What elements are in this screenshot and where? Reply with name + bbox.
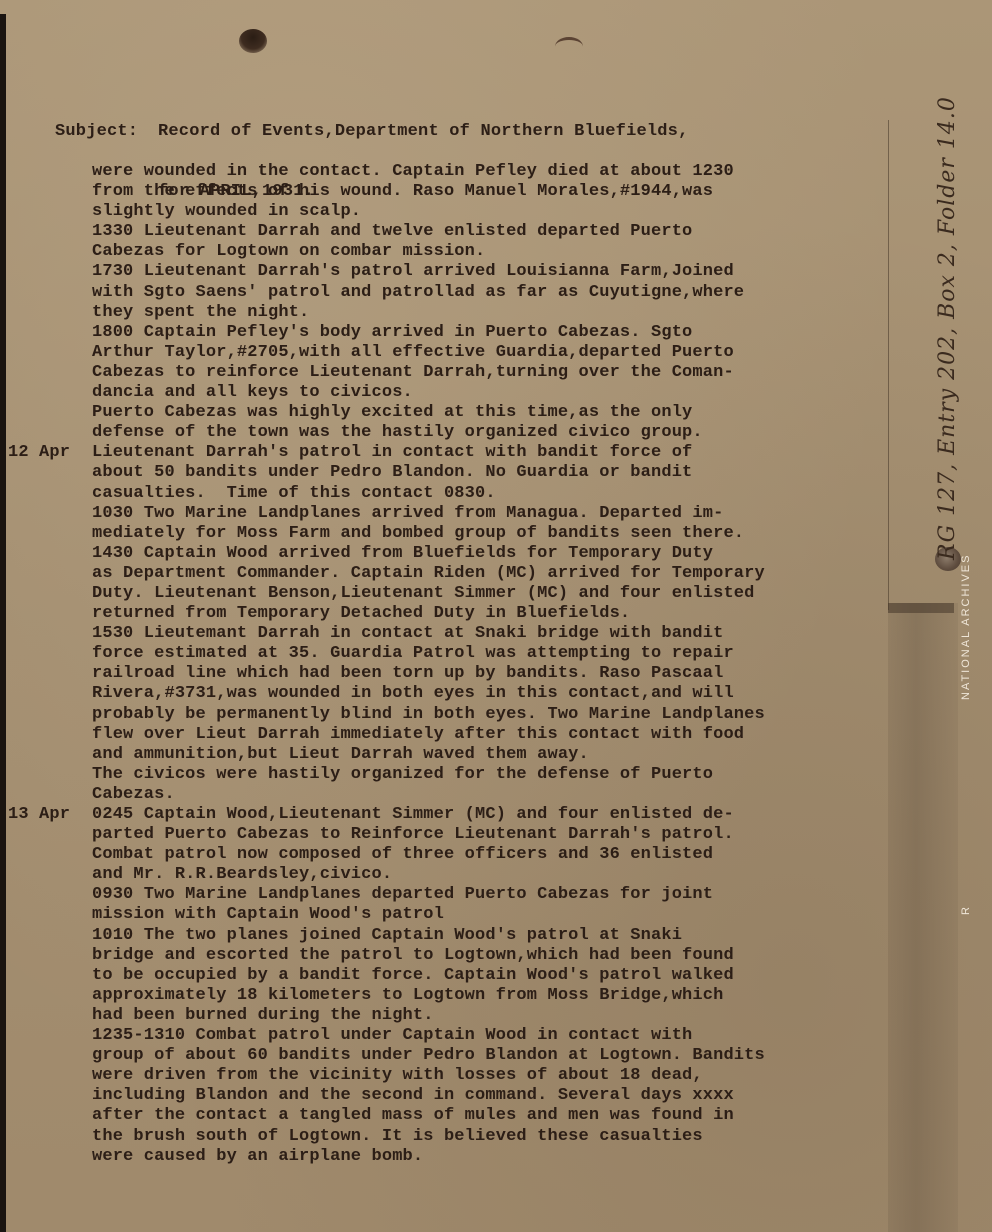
entry-date	[0, 403, 92, 423]
entry-text: defense of the town was the hastily orga…	[92, 423, 703, 443]
record-line: Combat patrol now composed of three offi…	[0, 845, 880, 865]
entry-date	[0, 1006, 92, 1026]
entry-text: parted Puerto Cabezas to Reinforce Lieut…	[92, 825, 734, 845]
margin-rule	[888, 120, 889, 610]
record-line: they spent the night.	[0, 303, 880, 323]
entry-date	[0, 745, 92, 765]
entry-date	[0, 946, 92, 966]
record-line: after the contact a tangled mass of mule…	[0, 1106, 880, 1126]
entry-text: Rivera,#3731,was wounded in both eyes in…	[92, 684, 734, 704]
subject-label: Subject:	[55, 122, 158, 142]
record-line: 0930 Two Marine Landplanes departed Puer…	[0, 885, 880, 905]
entry-date	[0, 624, 92, 644]
entry-text: 1235-1310 Combat patrol under Captain Wo…	[92, 1026, 692, 1046]
entry-text: approximately 18 kilometers to Logtown f…	[92, 986, 723, 1006]
entry-date	[0, 162, 92, 182]
entry-text: after the contact a tangled mass of mule…	[92, 1106, 734, 1126]
record-line: including Blandon and the second in comm…	[0, 1086, 880, 1106]
entry-date	[0, 544, 92, 564]
record-line: were caused by an airplane bomb.	[0, 1147, 880, 1167]
entry-date	[0, 865, 92, 885]
record-line: the brush south of Logtown. It is believ…	[0, 1127, 880, 1147]
record-line: 1530 Lieutemant Darrah in contact at Sna…	[0, 624, 880, 644]
record-line: 1235-1310 Combat patrol under Captain Wo…	[0, 1026, 880, 1046]
entry-date	[0, 785, 92, 805]
entry-text: Duty. Lieutenant Benson,Lieutenant Simme…	[92, 584, 755, 604]
punch-hole	[239, 29, 267, 53]
entry-date	[0, 323, 92, 343]
record-line: about 50 bandits under Pedro Blandon. No…	[0, 463, 880, 483]
entry-date	[0, 242, 92, 262]
entry-date	[0, 1147, 92, 1167]
entry-text: 1430 Captain Wood arrived from Bluefield…	[92, 544, 713, 564]
entry-date	[0, 1066, 92, 1086]
entry-text: mission with Captain Wood's patrol	[92, 905, 444, 925]
entry-text: Puerto Cabezas was highly excited at thi…	[92, 403, 692, 423]
entry-text: 1730 Lieutenant Darrah's patrol arrived …	[92, 262, 734, 282]
entry-text: Cabezas.	[92, 785, 175, 805]
entry-date	[0, 484, 92, 504]
entry-date	[0, 524, 92, 544]
record-line: returned from Temporary Detached Duty in…	[0, 604, 880, 624]
entry-text: dancia and all keys to civicos.	[92, 383, 413, 403]
record-line: 1730 Lieutenant Darrah's patrol arrived …	[0, 262, 880, 282]
record-line: from the effects of his wound. Raso Manu…	[0, 182, 880, 202]
entry-text: from the effects of his wound. Raso Manu…	[92, 182, 713, 202]
record-line: and ammunition,but Lieut Darrah waved th…	[0, 745, 880, 765]
record-line: with Sgto Saens' patrol and patrollad as…	[0, 283, 880, 303]
entry-date	[0, 423, 92, 443]
archive-stamp-fragment: R	[960, 907, 972, 915]
record-line: probably be permanently blind in both ey…	[0, 705, 880, 725]
entry-text: bridge and escorted the patrol to Logtow…	[92, 946, 734, 966]
entry-date	[0, 885, 92, 905]
entry-text: probably be permanently blind in both ey…	[92, 705, 765, 725]
record-line: to be occupied by a bandit force. Captai…	[0, 966, 880, 986]
entry-text: slightly wounded in scalp.	[92, 202, 361, 222]
record-line: 1330 Lieutenant Darrah and twelve enlist…	[0, 222, 880, 242]
entry-date	[0, 222, 92, 242]
record-line: force estimated at 35. Guardia Patrol wa…	[0, 644, 880, 664]
entry-date: 12 Apr	[0, 443, 92, 463]
record-line: 12 AprLieutenant Darrah's patrol in cont…	[0, 443, 880, 463]
entry-text: and Mr. R.R.Beardsley,civico.	[92, 865, 392, 885]
record-line: Rivera,#3731,was wounded in both eyes in…	[0, 684, 880, 704]
record-line: 1430 Captain Wood arrived from Bluefield…	[0, 544, 880, 564]
record-line: approximately 18 kilometers to Logtown f…	[0, 986, 880, 1006]
record-line: were wounded in the contact. Captain Pef…	[0, 162, 880, 182]
entry-text: as Department Commander. Captain Riden (…	[92, 564, 765, 584]
entry-date	[0, 845, 92, 865]
entry-date	[0, 182, 92, 202]
entry-date	[0, 1106, 92, 1126]
entry-date	[0, 262, 92, 282]
entry-text: and ammunition,but Lieut Darrah waved th…	[92, 745, 589, 765]
entry-text: were wounded in the contact. Captain Pef…	[92, 162, 734, 182]
entry-date	[0, 1046, 92, 1066]
entry-date	[0, 1127, 92, 1147]
record-line: and Mr. R.R.Beardsley,civico.	[0, 865, 880, 885]
record-line: slightly wounded in scalp.	[0, 202, 880, 222]
entry-text: with Sgto Saens' patrol and patrollad as…	[92, 283, 744, 303]
entry-text: Cabezas to reinforce Lieutenant Darrah,t…	[92, 363, 734, 383]
entry-date	[0, 1026, 92, 1046]
entry-date	[0, 303, 92, 323]
entry-text: Arthur Taylor,#2705,with all effective G…	[92, 343, 734, 363]
record-line: mission with Captain Wood's patrol	[0, 905, 880, 925]
entry-text: were driven from the vicinity with losse…	[92, 1066, 703, 1086]
record-body: were wounded in the contact. Captain Pef…	[0, 162, 880, 1167]
record-line: Cabezas for Logtown on combar mission.	[0, 242, 880, 262]
entry-date	[0, 725, 92, 745]
record-line: 1010 The two planes joined Captain Wood'…	[0, 926, 880, 946]
record-line: railroad line which had been torn up by …	[0, 664, 880, 684]
entry-date	[0, 363, 92, 383]
entry-date	[0, 202, 92, 222]
entry-date	[0, 966, 92, 986]
entry-date	[0, 825, 92, 845]
entry-text: The civicos were hastily organized for t…	[92, 765, 713, 785]
entry-text: including Blandon and the second in comm…	[92, 1086, 734, 1106]
entry-text: 1010 The two planes joined Captain Wood'…	[92, 926, 682, 946]
handwritten-archive-reference: RG 127, Entry 202, Box 2, Folder 14.0	[935, 96, 960, 560]
record-line: parted Puerto Cabezas to Reinforce Lieut…	[0, 825, 880, 845]
entry-date	[0, 986, 92, 1006]
record-line: Puerto Cabezas was highly excited at thi…	[0, 403, 880, 423]
archive-stamp-text: NATIONAL ARCHIVES	[960, 554, 972, 700]
entry-text: railroad line which had been torn up by …	[92, 664, 723, 684]
record-line: 1030 Two Marine Landplanes arrived from …	[0, 504, 880, 524]
entry-date	[0, 905, 92, 925]
record-line: were driven from the vicinity with losse…	[0, 1066, 880, 1086]
record-line: 1800 Captain Pefley's body arrived in Pu…	[0, 323, 880, 343]
entry-date	[0, 343, 92, 363]
entry-text: Lieutenant Darrah's patrol in contact wi…	[92, 443, 692, 463]
entry-date	[0, 564, 92, 584]
record-line: 13 Apr0245 Captain Wood,Lieutenant Simme…	[0, 805, 880, 825]
entry-text: 1330 Lieutenant Darrah and twelve enlist…	[92, 222, 692, 242]
entry-text: 1530 Lieutemant Darrah in contact at Sna…	[92, 624, 723, 644]
entry-date	[0, 604, 92, 624]
record-line: casualties. Time of this contact 0830.	[0, 484, 880, 504]
subject-line-1: Record of Events,Department of Northern …	[158, 122, 689, 141]
entry-date	[0, 765, 92, 785]
entry-text: group of about 60 bandits under Pedro Bl…	[92, 1046, 765, 1066]
record-line: Cabezas.	[0, 785, 880, 805]
record-line: bridge and escorted the patrol to Logtow…	[0, 946, 880, 966]
entry-text: they spent the night.	[92, 303, 309, 323]
record-line: The civicos were hastily organized for t…	[0, 765, 880, 785]
entry-date: 13 Apr	[0, 805, 92, 825]
record-line: mediately for Moss Farm and bombed group…	[0, 524, 880, 544]
entry-date	[0, 383, 92, 403]
record-line: flew over Lieut Darrah immediately after…	[0, 725, 880, 745]
entry-date	[0, 644, 92, 664]
record-line: defense of the town was the hastily orga…	[0, 423, 880, 443]
record-line: Duty. Lieutenant Benson,Lieutenant Simme…	[0, 584, 880, 604]
entry-date	[0, 926, 92, 946]
entry-text: Combat patrol now composed of three offi…	[92, 845, 713, 865]
record-line: group of about 60 bandits under Pedro Bl…	[0, 1046, 880, 1066]
entry-text: Cabezas for Logtown on combar mission.	[92, 242, 485, 262]
entry-date	[0, 664, 92, 684]
entry-date	[0, 584, 92, 604]
entry-date	[0, 504, 92, 524]
entry-text: 0245 Captain Wood,Lieutenant Simmer (MC)…	[92, 805, 734, 825]
entry-date	[0, 684, 92, 704]
entry-text: the brush south of Logtown. It is believ…	[92, 1127, 703, 1147]
archive-stamp-band	[888, 603, 958, 1232]
entry-text: 1800 Captain Pefley's body arrived in Pu…	[92, 323, 692, 343]
entry-text: 1030 Two Marine Landplanes arrived from …	[92, 504, 723, 524]
entry-text: were caused by an airplane bomb.	[92, 1147, 423, 1167]
entry-text: mediately for Moss Farm and bombed group…	[92, 524, 744, 544]
entry-date	[0, 705, 92, 725]
record-line: dancia and all keys to civicos.	[0, 383, 880, 403]
entry-date	[0, 463, 92, 483]
punch-hole	[555, 37, 583, 56]
entry-text: returned from Temporary Detached Duty in…	[92, 604, 630, 624]
entry-text: had been burned during the night.	[92, 1006, 434, 1026]
entry-text: flew over Lieut Darrah immediately after…	[92, 725, 744, 745]
entry-text: about 50 bandits under Pedro Blandon. No…	[92, 463, 692, 483]
record-line: Arthur Taylor,#2705,with all effective G…	[0, 343, 880, 363]
entry-text: casualties. Time of this contact 0830.	[92, 484, 496, 504]
record-line: as Department Commander. Captain Riden (…	[0, 564, 880, 584]
entry-text: 0930 Two Marine Landplanes departed Puer…	[92, 885, 713, 905]
entry-text: to be occupied by a bandit force. Captai…	[92, 966, 734, 986]
record-line: had been burned during the night.	[0, 1006, 880, 1026]
entry-text: force estimated at 35. Guardia Patrol wa…	[92, 644, 734, 664]
entry-date	[0, 283, 92, 303]
entry-date	[0, 1086, 92, 1106]
record-line: Cabezas to reinforce Lieutenant Darrah,t…	[0, 363, 880, 383]
